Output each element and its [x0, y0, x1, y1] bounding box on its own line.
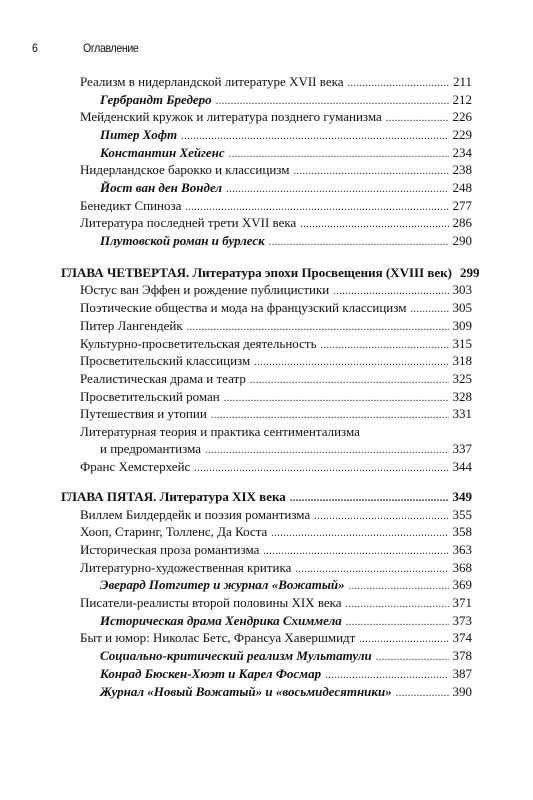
- toc-entry-title: Литературная теория и практика сентимент…: [80, 423, 364, 441]
- toc-entry-title: Йост ван ден Вондел: [100, 179, 226, 197]
- running-title: Оглавление: [83, 41, 138, 55]
- toc-entry-page: 349: [449, 488, 473, 506]
- toc-entry-page: 238: [449, 161, 473, 179]
- dot-leader: [293, 161, 448, 181]
- toc-entry: Йост ван ден Вондел248: [100, 179, 472, 197]
- toc-entry-title: Юстус ван Эффен и рождение публицистики: [80, 281, 333, 299]
- toc-entry: Поэтические общества и мода на французск…: [80, 299, 472, 317]
- toc-entry-page: 369: [449, 576, 473, 594]
- toc-entry: Константин Хейгенс234: [100, 144, 472, 162]
- toc-entry-title: Быт и юмор: Николас Бетс, Франсуа Хаверш…: [80, 629, 359, 647]
- toc-entry: Журнал «Новый Вожатый» и «восьмидесятник…: [100, 683, 472, 701]
- toc-entry-page: 390: [449, 683, 473, 701]
- toc-entry: Питер Хофт229: [100, 126, 472, 144]
- dot-leader: [300, 214, 448, 234]
- toc-entry: Конрад Бюскен-Хюэт и Карел Фосмар387: [100, 665, 472, 683]
- dot-leader: [359, 629, 448, 649]
- toc-entry: Быт и юмор: Николас Бетс, Франсуа Хаверш…: [80, 629, 472, 647]
- toc-entry: Франс Хемстерхейс344: [80, 458, 472, 476]
- page-number: 6: [32, 41, 67, 55]
- toc-entry-page: 355: [449, 506, 473, 524]
- toc-entry: Литература последней трети XVII века286: [80, 214, 472, 232]
- toc-entry-page: 378: [449, 647, 473, 665]
- toc-entry-title: Нидерландское барокко и классицизм: [80, 161, 293, 179]
- toc-entry-title: Бенедикт Спиноза: [80, 197, 185, 215]
- toc-entry-page: 212: [449, 91, 473, 109]
- toc-entry: Историческая драма Хендрика Схиммела373: [100, 612, 472, 630]
- toc-entry-title: Поэтические общества и мода на французск…: [80, 299, 410, 317]
- toc-entry-title: Реализм в нидерландской литературе XVII …: [80, 73, 348, 91]
- toc-entry-title: Литературно-художественная критика: [80, 559, 295, 577]
- toc-entry: Путешествия и утопии331: [80, 405, 472, 423]
- toc-entry-title: Историческая драма Хендрика Схиммела: [100, 612, 346, 630]
- toc-entry-page: 318: [449, 352, 473, 370]
- toc-entry-title: Журнал «Новый Вожатый» и «восьмидесятник…: [100, 683, 396, 701]
- toc-entry-page: 337: [449, 440, 473, 458]
- toc-entry-page: 371: [449, 594, 473, 612]
- toc-entry-page: 286: [449, 214, 473, 232]
- toc-entry: Гербрандт Бредеро212: [100, 91, 472, 109]
- dot-leader: [325, 665, 448, 685]
- dot-leader: [269, 232, 449, 252]
- toc-entry-title: Просветительский классицизм: [80, 352, 254, 370]
- toc-entry-title: Социально-критический реализм Мультатули: [100, 647, 376, 665]
- toc-entry-page: 309: [449, 317, 473, 335]
- toc-entry-title: Эверард Потгитер и журнал «Вожатый»: [100, 576, 349, 594]
- dot-leader: [181, 126, 448, 146]
- toc-entry-page: 229: [449, 126, 473, 144]
- toc-entry: Реалистическая драма и театр325: [80, 370, 472, 388]
- toc-entry-page: 363: [449, 541, 473, 559]
- toc-entry: Культурно-просветительская деятельность3…: [80, 335, 472, 353]
- toc-entry: Нидерландское барокко и классицизм238: [80, 161, 472, 179]
- toc-entry-title: Плутовской роман и бурлеск: [100, 232, 269, 250]
- toc-entry: Бенедикт Спиноза277: [80, 197, 472, 215]
- toc-entry-title: Питер Хофт: [100, 126, 181, 144]
- toc-entry-title: Культурно-просветительская деятельность: [80, 335, 321, 353]
- dot-leader: [333, 281, 448, 301]
- toc-entry-page: 373: [449, 612, 473, 630]
- dot-leader: [211, 405, 449, 425]
- toc-chapter-entry: ГЛАВА ПЯТАЯ. Литература XIX века349: [61, 488, 472, 506]
- toc-entry: Литературно-художественная критика368: [80, 559, 472, 577]
- dot-leader: [254, 352, 448, 372]
- toc-entry: Плутовской роман и бурлеск290: [100, 232, 472, 250]
- toc-entry: Юстус ван Эффен и рождение публицистики3…: [80, 281, 472, 299]
- dot-leader: [271, 523, 448, 543]
- toc-entry: Эверард Потгитер и журнал «Вожатый»369: [100, 576, 472, 594]
- toc-entry: Хооп, Старинг, Толленс, Да Коста358: [80, 523, 472, 541]
- toc-entry: Виллем Билдердейк и поэзия романтизма355: [80, 506, 472, 524]
- toc-entry-title: и предромантизма: [100, 440, 205, 458]
- toc-entry-title: Путешествия и утопии: [80, 405, 211, 423]
- dot-leader: [187, 317, 449, 337]
- toc-entry-page: 344: [449, 458, 473, 476]
- dot-leader: [194, 458, 448, 478]
- toc-entry-title: Писатели-реалисты второй половины XIX ве…: [80, 594, 346, 612]
- toc-entry: Реализм в нидерландской литературе XVII …: [80, 73, 472, 91]
- toc-entry-page: 277: [449, 197, 473, 215]
- toc-entry-page: 328: [449, 388, 473, 406]
- dot-leader: [290, 488, 449, 508]
- toc-entry: Питер Лангендейк309: [80, 317, 472, 335]
- toc-entry-title: Реалистическая драма и театр: [80, 370, 250, 388]
- toc-entry-page: 303: [449, 281, 473, 299]
- dot-leader: [205, 440, 449, 460]
- toc-entry: и предромантизма337: [100, 440, 472, 458]
- dot-leader: [349, 576, 449, 596]
- dot-leader: [348, 73, 449, 93]
- toc-entry-page: 248: [449, 179, 473, 197]
- toc-entry-title: ГЛАВА ЧЕТВЕРТАЯ. Литература эпохи Просве…: [61, 264, 456, 282]
- toc-entry-page: 387: [449, 665, 473, 683]
- toc-chapter-entry: ГЛАВА ЧЕТВЕРТАЯ. Литература эпохи Просве…: [61, 264, 472, 282]
- toc-entry-title: Литература последней трети XVII века: [80, 214, 300, 232]
- toc-entry-page: 331: [449, 405, 473, 423]
- dot-leader: [396, 683, 449, 703]
- dot-leader: [226, 179, 448, 199]
- toc-entry: Историческая проза романтизма363: [80, 541, 472, 559]
- toc-entry-title: Конрад Бюскен-Хюэт и Карел Фосмар: [100, 665, 325, 683]
- toc-entry-title: Гербрандт Бредеро: [100, 91, 216, 109]
- toc-entry-title: Просветительский роман: [80, 388, 224, 406]
- toc-entry-page: 299: [456, 264, 480, 282]
- toc-entry: Социально-критический реализм Мультатули…: [100, 647, 472, 665]
- toc-entry-title: Франс Хемстерхейс: [80, 458, 194, 476]
- toc-entry-page: 290: [449, 232, 473, 250]
- toc-entry-page: 368: [449, 559, 473, 577]
- toc-entry-title: Хооп, Старинг, Толленс, Да Коста: [80, 523, 271, 541]
- toc-entry-title: Константин Хейгенс: [100, 144, 229, 162]
- toc-entry-page: 315: [449, 335, 473, 353]
- toc-entry-page: 211: [449, 73, 472, 91]
- toc-entry-title: ГЛАВА ПЯТАЯ. Литература XIX века: [61, 488, 290, 506]
- toc-entry-page: 325: [449, 370, 473, 388]
- toc-entry-title: Мейденский кружок и литература позднего …: [80, 108, 386, 126]
- toc-entry-title: Историческая проза романтизма: [80, 541, 263, 559]
- toc-entry-title: Питер Лангендейк: [80, 317, 187, 335]
- toc-entry: Мейденский кружок и литература позднего …: [80, 108, 472, 126]
- running-header: 6Оглавление: [32, 41, 138, 55]
- toc-entry: Просветительский роман328: [80, 388, 472, 406]
- toc-entry: Просветительский классицизм318: [80, 352, 472, 370]
- toc-entry-page: 226: [449, 108, 473, 126]
- dot-leader: [250, 370, 449, 390]
- dot-leader: [410, 299, 448, 319]
- toc-entry-page: 234: [449, 144, 473, 162]
- toc-entry-page: 358: [449, 523, 473, 541]
- toc-entry: Литературная теория и практика сентимент…: [80, 423, 472, 441]
- toc-entry-page: 305: [449, 299, 473, 317]
- toc-entry-title: Виллем Билдердейк и поэзия романтизма: [80, 506, 314, 524]
- dot-leader: [346, 594, 449, 614]
- toc-entry: Писатели-реалисты второй половины XIX ве…: [80, 594, 472, 612]
- dot-leader: [263, 541, 448, 561]
- dot-leader: [376, 647, 449, 667]
- toc-entry-page: 374: [449, 629, 473, 647]
- dot-leader: [386, 108, 449, 128]
